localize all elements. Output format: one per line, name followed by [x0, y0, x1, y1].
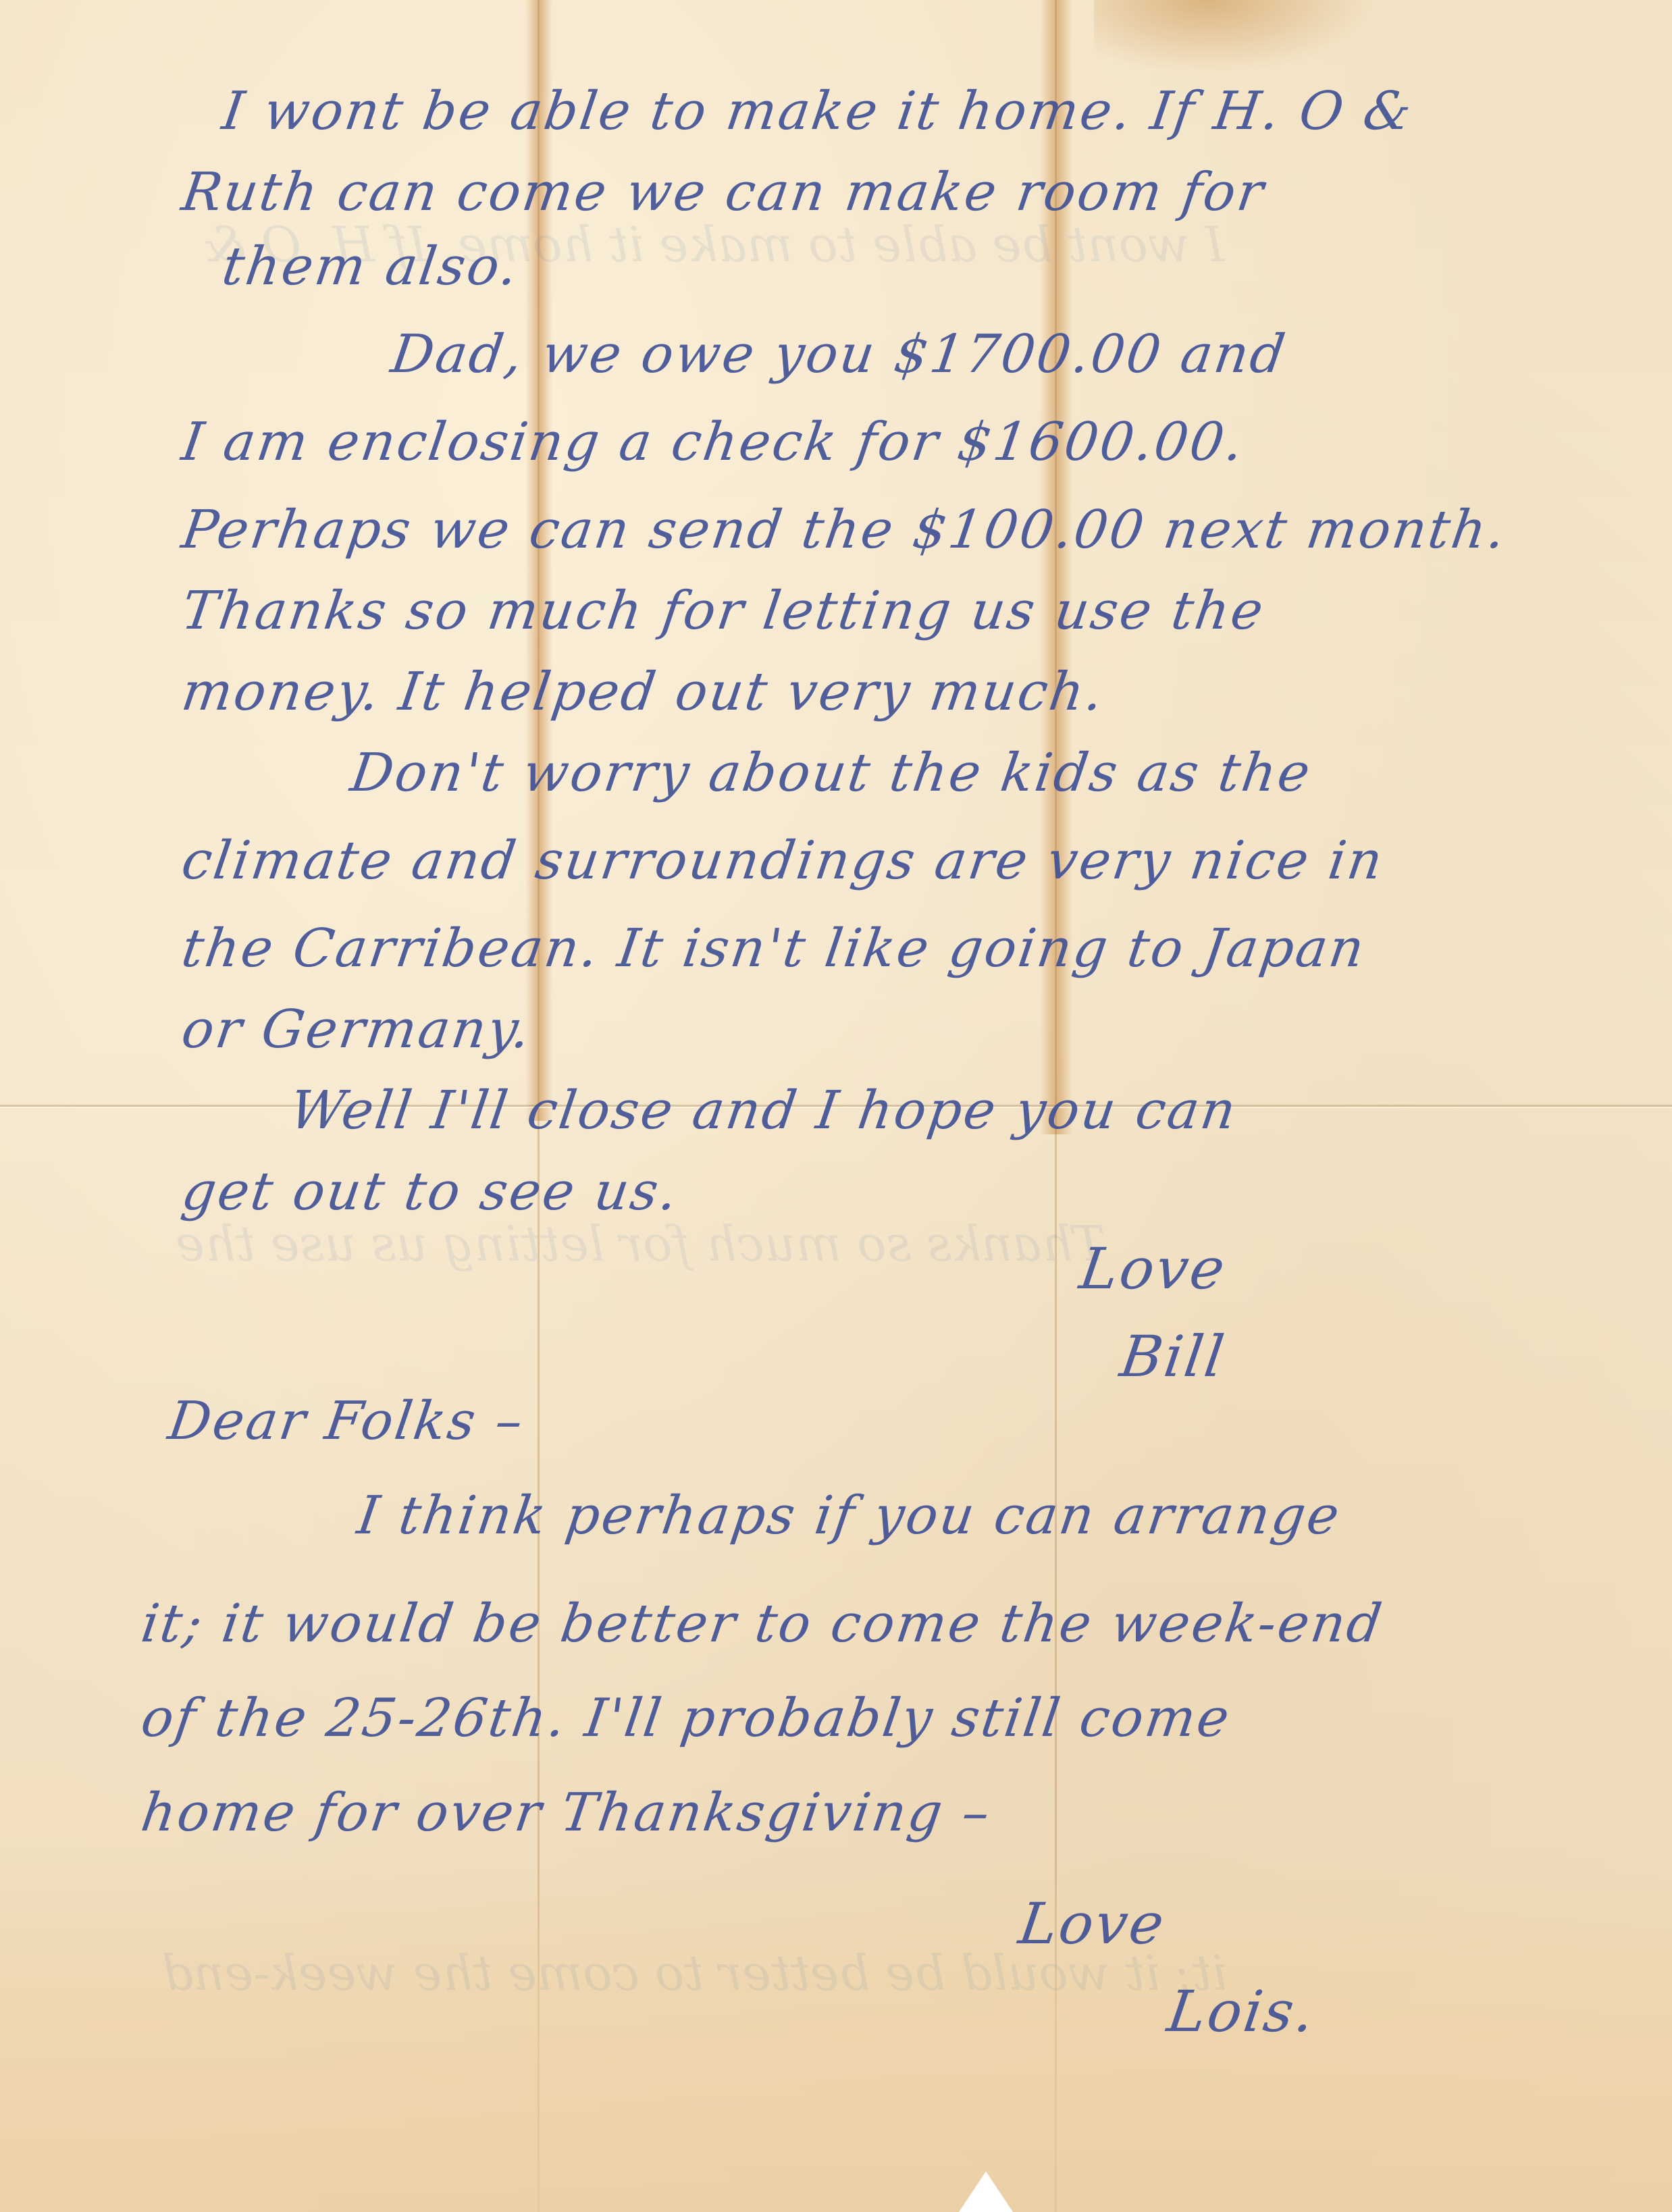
signature-lois: Lois.: [1164, 1978, 1320, 2045]
letter-line: money. It helped out very much.: [178, 662, 1109, 722]
letter-line: Don't worry about the kids as the: [347, 743, 1315, 804]
signature-bill: Bill: [1116, 1323, 1230, 1390]
letter-line: Dad, we owe you $1700.00 and: [388, 324, 1290, 385]
torn-edge: [959, 2171, 1013, 2212]
bleed-through-text: Thanks so much for letting us use the: [176, 1215, 1105, 1272]
letter-line: climate and surroundings are very nice i…: [178, 831, 1388, 891]
letter-line: of the 25-26th. I'll probably still come: [138, 1688, 1235, 1749]
closing-love-bill: Love: [1076, 1236, 1230, 1302]
letter-line: Well I'll close and I hope you can: [286, 1080, 1241, 1141]
letter-line: I think perhaps if you can arrange: [354, 1485, 1345, 1546]
letter-line: or Germany.: [178, 999, 536, 1060]
letter-line: get out to see us.: [178, 1161, 683, 1222]
crumpled-bottom: [0, 1861, 1672, 2212]
letter-page: I wont be able to make it home. If H. O …: [0, 0, 1672, 2212]
letter-line: them also.: [219, 236, 523, 297]
salutation: Dear Folks –: [165, 1391, 529, 1452]
letter-line: home for over Thanksgiving –: [138, 1783, 995, 1843]
letter-line: Thanks so much for letting us use the: [178, 581, 1269, 641]
top-stain: [1094, 0, 1378, 74]
letter-line: I wont be able to make it home. If H. O …: [219, 81, 1417, 142]
letter-line: Ruth can come we can make room for: [178, 162, 1269, 223]
letter-line: it; it would be better to come the week-…: [138, 1594, 1387, 1654]
letter-line: Perhaps we can send the $100.00 next mon…: [178, 500, 1511, 560]
closing-love-lois: Love: [1015, 1891, 1170, 1957]
letter-line: the Carribean. It isn't like going to Ja…: [178, 918, 1369, 979]
letter-line: I am enclosing a check for $1600.00.: [178, 412, 1249, 473]
